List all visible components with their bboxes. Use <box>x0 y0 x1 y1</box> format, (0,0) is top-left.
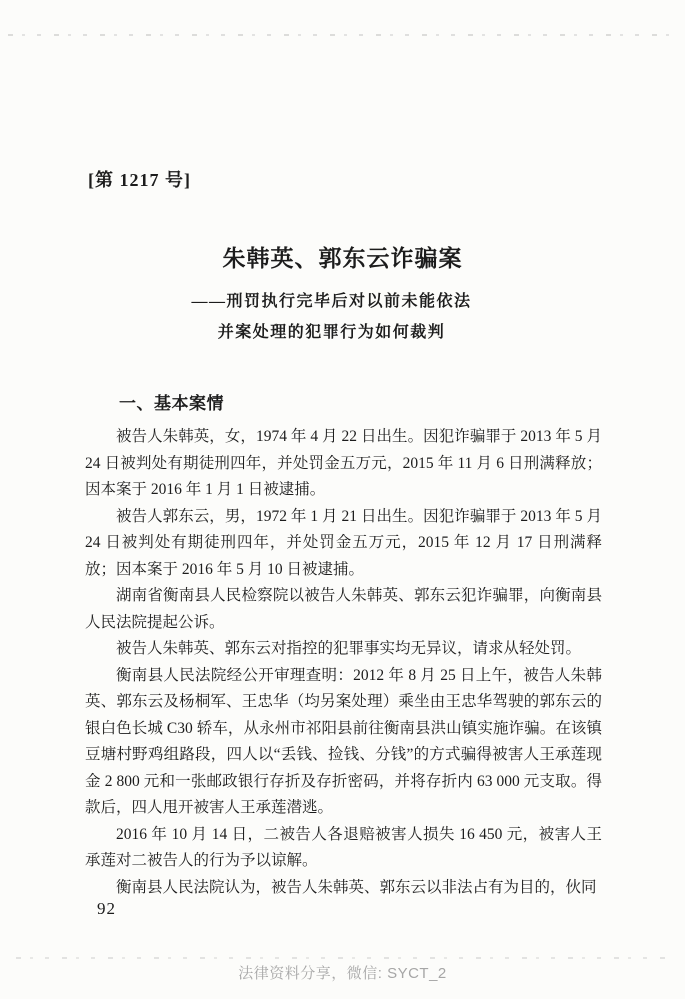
scan-noise-bottom <box>16 957 669 959</box>
case-subtitle: ——刑罚执行完毕后对以前未能依法 并案处理的犯罪行为如何裁判 <box>0 291 663 344</box>
paragraph: 被告人朱韩英、郭东云对指控的犯罪事实均无异议，请求从轻处罚。 <box>85 636 602 663</box>
paragraph: 被告人朱韩英，女，1974 年 4 月 22 日出生。因犯诈骗罪于 2013 年… <box>85 424 602 504</box>
paragraph: 2016 年 10 月 14 日，二被告人各退赔被害人损失 16 450 元，被… <box>85 822 602 875</box>
document-body: 一、基本案情 被告人朱韩英，女，1974 年 4 月 22 日出生。因犯诈骗罪于… <box>85 392 602 901</box>
paragraph: 衡南县人民法院经公开审理查明：2012 年 8 月 25 日上午，被告人朱韩英、… <box>85 663 602 822</box>
scan-noise-top <box>8 34 677 36</box>
paragraph: 衡南县人民法院认为，被告人朱韩英、郭东云以非法占有为目的，伙同 <box>85 875 602 902</box>
case-title: 朱韩英、郭东云诈骗案 <box>0 240 685 273</box>
paragraphs-container: 被告人朱韩英，女，1974 年 4 月 22 日出生。因犯诈骗罪于 2013 年… <box>85 424 602 901</box>
subtitle-line-2: 并案处理的犯罪行为如何裁判 <box>0 322 663 344</box>
page-number: 92 <box>97 899 116 919</box>
subtitle-line-1: ——刑罚执行完毕后对以前未能依法 <box>0 291 663 313</box>
case-number: [第 1217 号] <box>88 166 191 192</box>
section-heading: 一、基本案情 <box>85 392 602 416</box>
paragraph: 被告人郭东云，男，1972 年 1 月 21 日出生。因犯诈骗罪于 2013 年… <box>85 504 602 584</box>
footer-watermark: 法律资料分享，微信: SYCT_2 <box>0 962 685 983</box>
document-page: [第 1217 号] 朱韩英、郭东云诈骗案 ——刑罚执行完毕后对以前未能依法 并… <box>0 0 685 999</box>
paragraph: 湖南省衡南县人民检察院以被告人朱韩英、郭东云犯诈骗罪，向衡南县人民法院提起公诉。 <box>85 583 602 636</box>
